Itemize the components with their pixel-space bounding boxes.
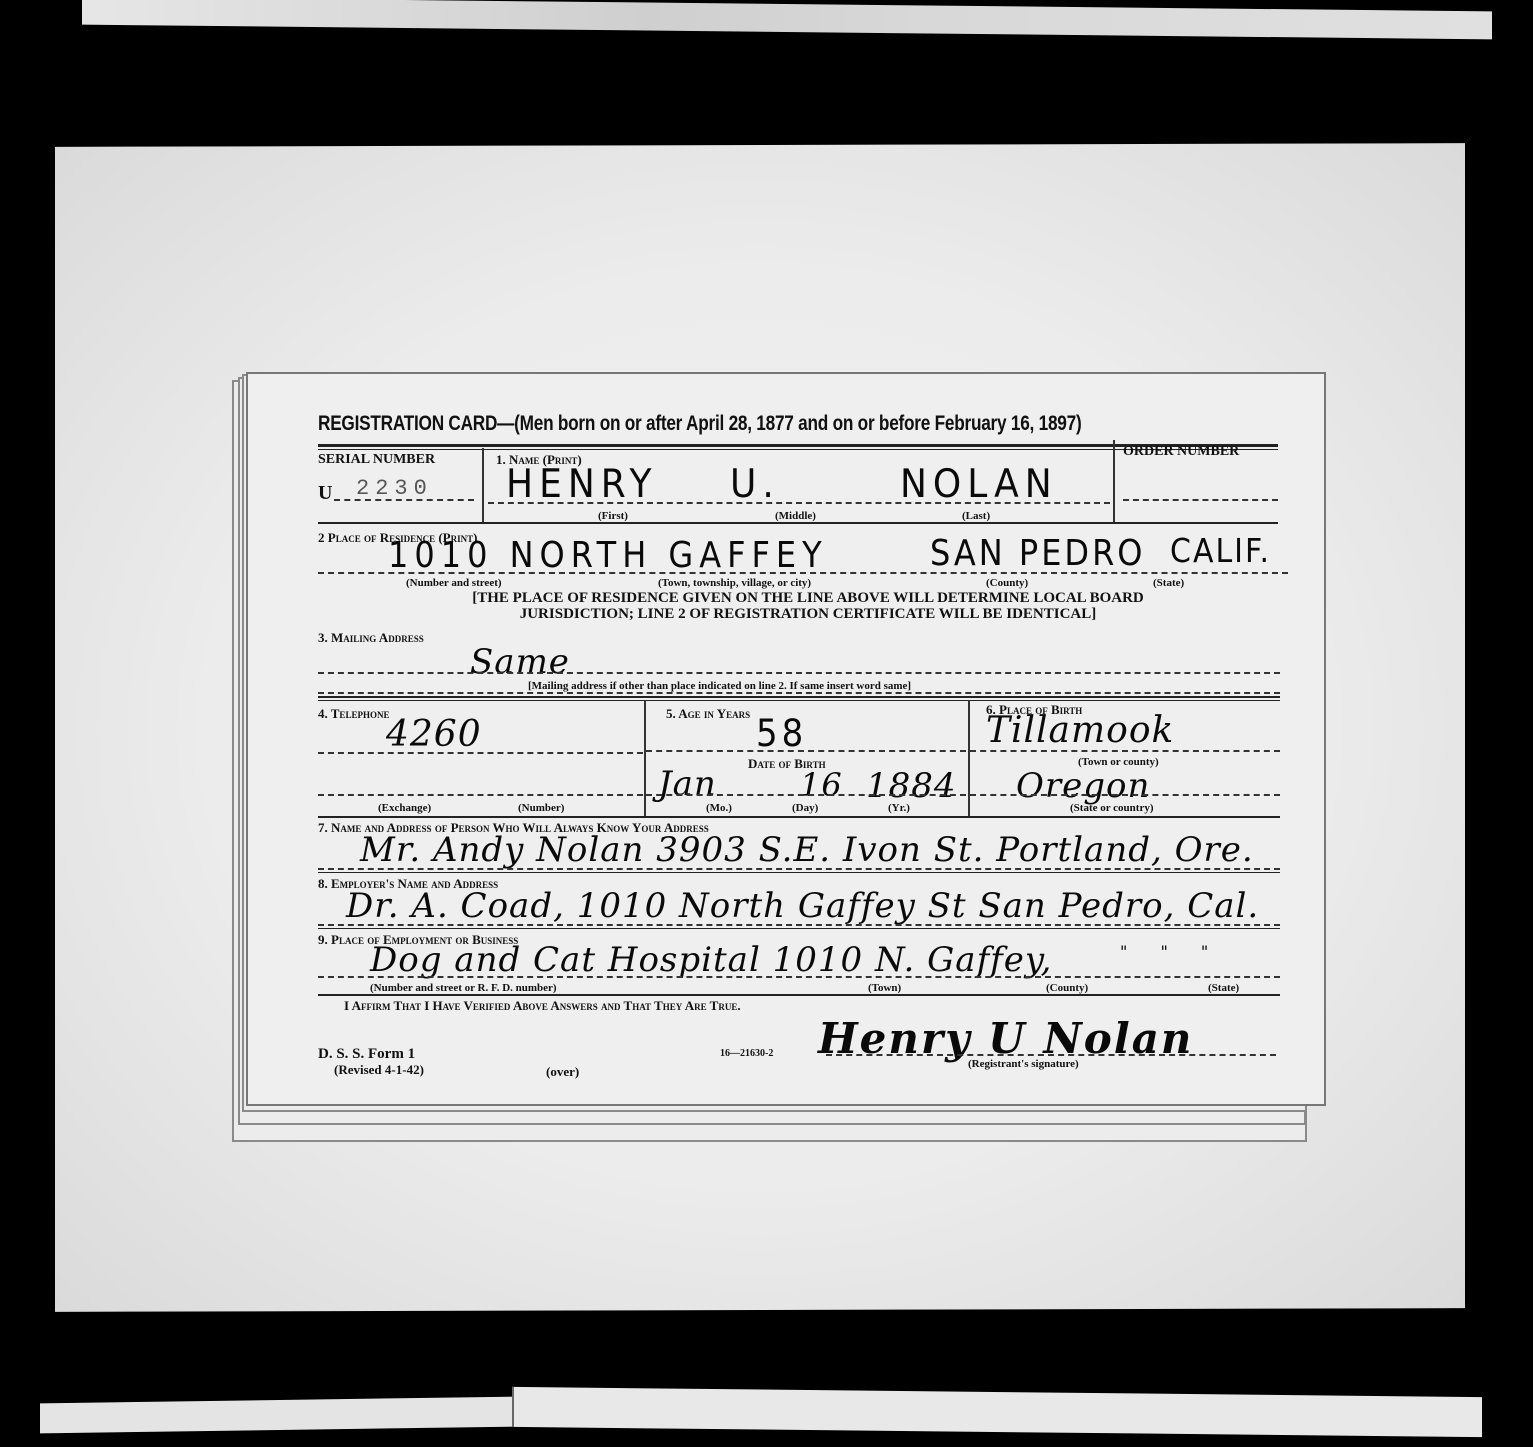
employer-value: Dr. A. Coad, 1010 North Gaffey St San Pe… [346,886,1259,926]
contact-line [318,868,1280,870]
rule [318,928,1280,929]
order-number-line [1123,499,1278,501]
dob-month: Jan [658,764,717,804]
county-caption: (County) [986,577,1028,589]
mailing-caption: [Mailing address if other than place ind… [528,680,911,692]
state-caption: (State) [1153,577,1184,589]
last-caption: (Last) [962,510,990,522]
street-caption: (Number and street) [406,577,502,589]
affirmation-text: I Affirm That I Have Verified Above Answ… [344,998,741,1014]
birthplace-state-line [970,794,1280,796]
order-number-label: ORDER NUMBER [1123,444,1239,460]
dob-year: 1884 [866,766,957,806]
form-number: D. S. S. Form 1 [318,1046,415,1063]
employer-line [318,924,1280,926]
divider [644,700,646,816]
telephone-line [318,752,643,754]
name-middle: U. [730,462,780,507]
age-label: 5. Age in Years [666,706,750,722]
form-revised: (Revised 4-1-42) [334,1062,424,1078]
name-line [488,502,1110,504]
rule [318,700,1280,701]
mailing-value: Same [470,642,570,682]
film-strip-top [82,0,1492,39]
town-caption: (Town, township, village, or city) [658,577,811,589]
residence-notice-line2: JURISDICTION; LINE 2 OF REGISTRATION CER… [378,606,1238,622]
contact-value: Mr. Andy Nolan 3903 S.E. Ivon St. Portla… [360,830,1254,870]
employment-value: Dog and Cat Hospital 1010 N. Gaffey, [370,940,1052,980]
serial-number-value: 2230 [356,476,433,501]
signature-line [826,1054,1276,1056]
rule [318,816,1280,818]
dob-day: 16 [800,766,843,804]
mailing-label: 3. Mailing Address [318,630,424,646]
film-strip-bottom-right [512,1387,1482,1437]
rule [318,994,1280,996]
employment-state-caption: (State) [1208,982,1239,994]
serial-line [334,499,474,501]
divider [968,700,970,816]
employment-town-caption: (Town) [868,982,901,994]
name-first: HENRY [506,462,657,507]
print-code: 16—21630-2 [720,1048,773,1059]
residence-town: SAN PEDRO [930,532,1145,574]
over-note: (over) [546,1064,579,1080]
residence-line [318,572,1288,574]
residence-notice-line1: [THE PLACE OF RESIDENCE GIVEN ON THE LIN… [378,590,1238,606]
employment-county-caption: (County) [1046,982,1088,994]
residence-state: CALIF. [1170,532,1271,571]
residence-street: 1010 NORTH GAFFEY [388,534,828,576]
name-last: NOLAN [900,462,1058,507]
divider [1113,440,1115,522]
mailing-line-2 [318,692,1280,694]
exchange-caption: (Exchange) [378,802,431,814]
mailing-line [318,672,1280,674]
rule [318,696,1280,698]
employment-line [318,976,1280,978]
serial-number-label: SERIAL NUMBER [318,452,435,468]
divider [482,448,484,522]
signature-caption: (Registrant's signature) [968,1058,1079,1070]
middle-caption: (Middle) [775,510,816,522]
first-caption: (First) [598,510,628,522]
telephone-label: 4. Telephone [318,706,389,722]
dob-line [646,794,966,796]
year-caption: (Yr.) [888,802,910,814]
telephone-value: 4260 [386,714,482,755]
birthplace-state: Oregon [1016,766,1150,806]
rule [318,872,1280,873]
number-caption: (Number) [518,802,564,814]
day-caption: (Day) [792,802,818,814]
telephone-line-2 [318,794,643,796]
age-line [646,750,966,752]
birthplace-town: Tillamook [986,710,1174,751]
employment-street-caption: (Number and street or R. F. D. number) [370,982,557,994]
registration-card: REGISTRATION CARD—(Men born on or after … [246,372,1326,1106]
rule [318,522,1278,524]
serial-prefix: U [318,482,332,505]
card-title: REGISTRATION CARD—(Men born on or after … [318,412,1081,436]
month-caption: (Mo.) [706,802,732,814]
state-country-caption: (State or country) [1070,802,1154,814]
ditto-marks: " " " [1120,942,1222,961]
film-strip-bottom-left [40,1397,515,1434]
birthplace-town-line [970,750,1280,752]
